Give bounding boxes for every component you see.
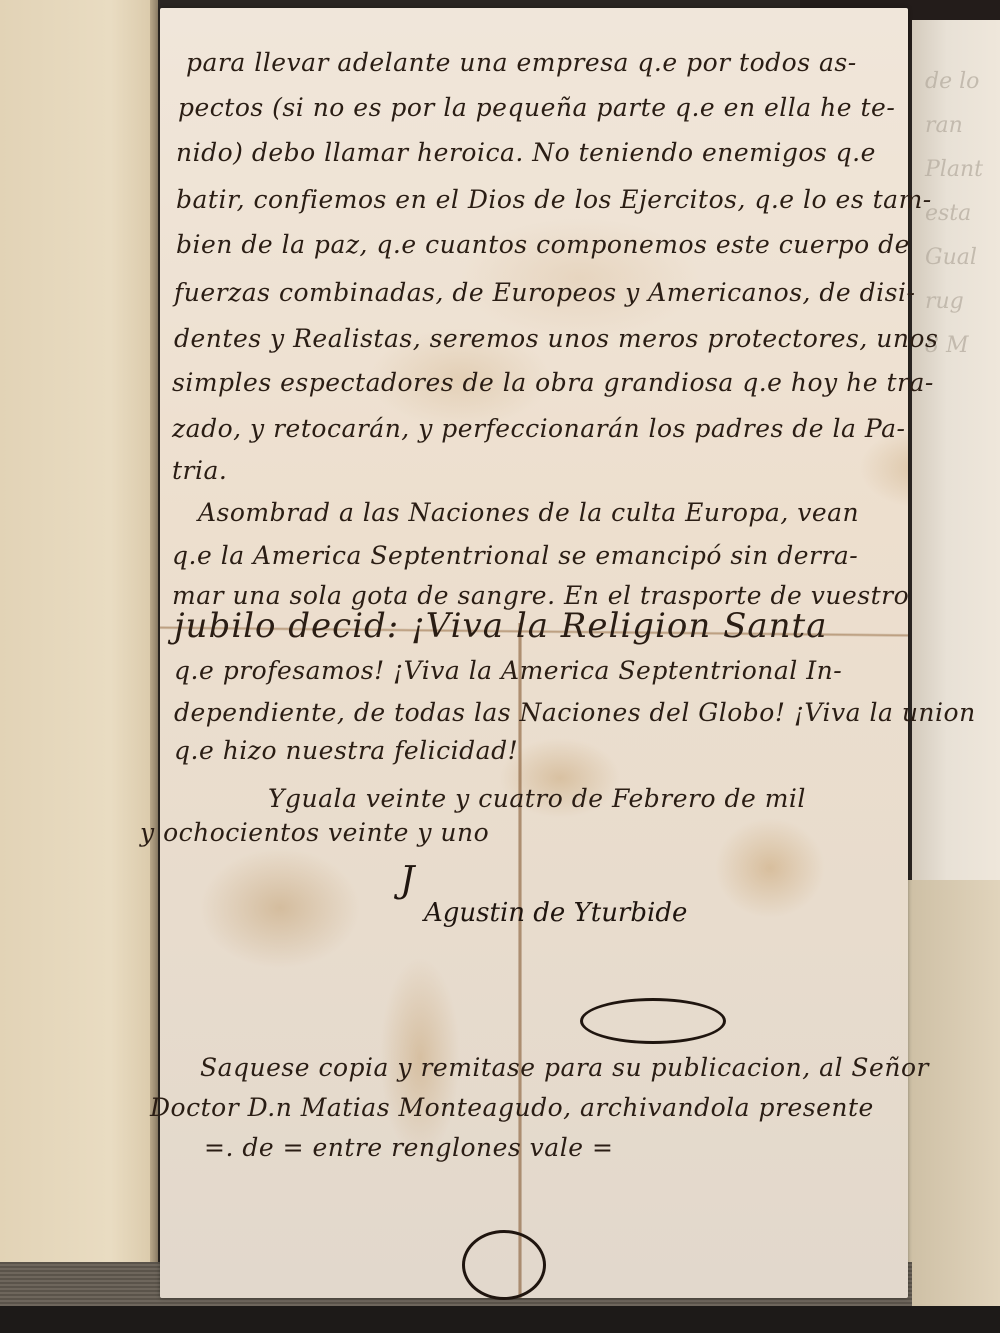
- footer-line: Saquese copia y remitase para su publica…: [200, 1053, 929, 1082]
- adjacent-page-ghost-text: de lo ran Plant esta Gual rug 8 M: [925, 60, 995, 368]
- text-line: simples espectadores de la obra grandios…: [172, 368, 934, 397]
- text-line: q.e hizo nuestra felicidad!: [174, 736, 518, 765]
- text-line: zado, y retocarán, y perfeccionarán los …: [172, 414, 905, 443]
- place-date-line: y ochocientos veinte y uno: [140, 818, 489, 847]
- text-line: fuerzas combinadas, de Europeos y Americ…: [174, 278, 915, 307]
- text-line: dentes y Realistas, seremos unos meros p…: [174, 324, 938, 353]
- text-line: batir, confiemos en el Dios de los Ejerc…: [176, 185, 932, 214]
- footer-line: =. de = entre renglones vale =: [204, 1133, 613, 1162]
- text-line: q.e la America Septentrional se emancipó…: [172, 541, 858, 570]
- footer-line: Doctor D.n Matias Monteagudo, archivando…: [150, 1093, 874, 1122]
- left-page-edge: [150, 0, 158, 1333]
- second-rubric: [462, 1230, 546, 1300]
- bottom-shadow: [0, 1306, 1000, 1333]
- place-date-line: Yguala veinte y cuatro de Febrero de mil: [268, 784, 806, 813]
- manuscript-sheet: para llevar adelante una empresa q.e por…: [160, 8, 908, 1298]
- text-line: dependiente, de todas las Naciones del G…: [174, 698, 976, 727]
- text-line: para llevar adelante una empresa q.e por…: [186, 48, 857, 77]
- signature-name: Agustin de Yturbide: [424, 898, 687, 928]
- text-line: bien de la paz, q.e cuantos componemos e…: [176, 230, 910, 259]
- signature-rubric: [580, 998, 726, 1044]
- text-line: tria.: [172, 456, 227, 485]
- text-line: pectos (si no es por la pequeña parte q.…: [178, 93, 895, 122]
- text-line-emphasized: jubilo decid: ¡Viva la Religion Santa: [174, 606, 827, 646]
- text-line: q.e profesamos! ¡Viva la America Septent…: [174, 656, 842, 685]
- signature-initial: J: [400, 860, 414, 901]
- left-binding-board: [0, 0, 158, 1333]
- text-line: nido) debo llamar heroica. No teniendo e…: [176, 138, 876, 167]
- text-line: Asombrad a las Naciones de la culta Euro…: [198, 498, 859, 527]
- adjacent-board: [905, 880, 1000, 1333]
